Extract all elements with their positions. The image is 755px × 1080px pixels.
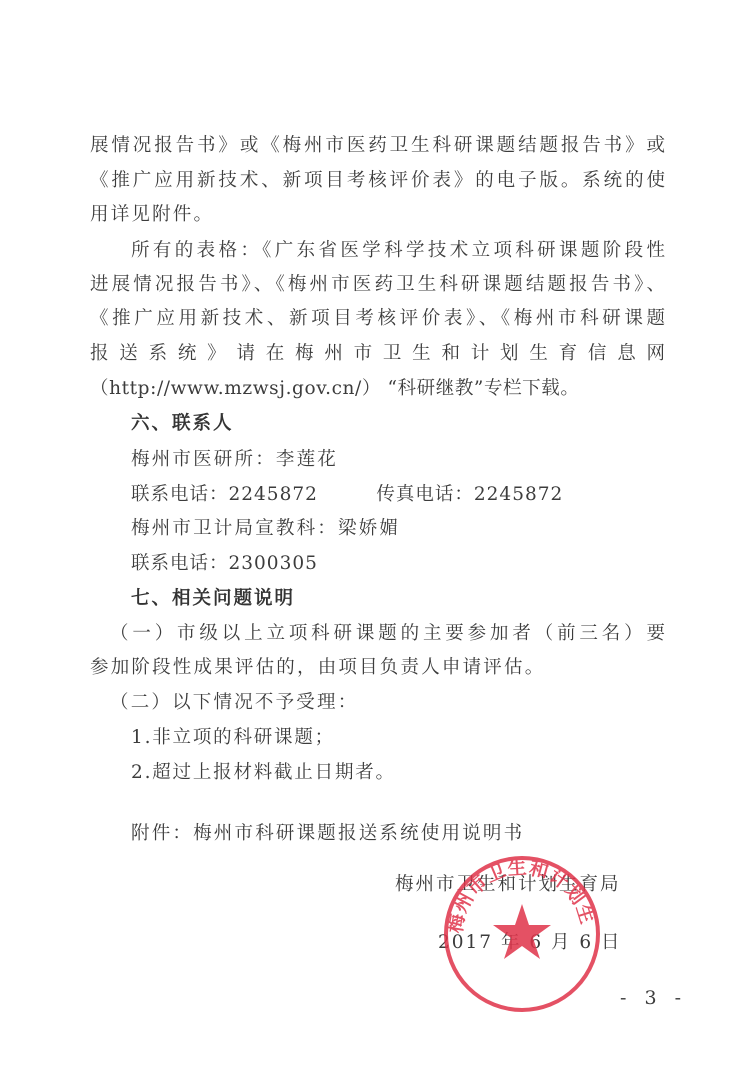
paragraph-line: 报 送 系 统 》 请 在 梅 州 市 卫 生 和 计 划 生 育 信 息 网 [90, 343, 665, 365]
paragraph-line: 进展情况报告书》、《梅州市医药卫生科研课题结题报告书》、 [90, 274, 665, 296]
paragraph-line: 《推广应用新技术、新项目考核评价表》、《梅州市科研课题 [90, 308, 665, 330]
contact-phone-line: 联系电话：2300305 [131, 553, 665, 575]
section-heading-notes: 七、相关问题说明 [131, 588, 665, 610]
contact-phone-line: 联系电话：2245872 传真电话：2245872 [131, 484, 665, 506]
note-list-item: 2.超过上报材料截止日期者。 [131, 762, 665, 784]
note-line: （一）市级以上立项科研课题的主要参加者（前三名）要 [110, 623, 665, 645]
paragraph-line: 《推广应用新技术、新项目考核评价表》的电子版。系统的使 [90, 170, 665, 192]
paragraph-line: 展情况报告书》或《梅州市医药卫生科研课题结题报告书》或 [90, 135, 665, 157]
contact-line: 梅州市卫计局宣教科：梁娇媚 [131, 518, 665, 540]
section-heading-contacts: 六、联系人 [131, 413, 665, 435]
note-line: 参加阶段性成果评估的，由项目负责人申请评估。 [90, 657, 665, 679]
paragraph-line: 所有的表格：《广东省医学科学技术立项科研课题阶段性 [131, 240, 665, 262]
contact-line: 梅州市医研所：李莲花 [131, 449, 665, 471]
page-number: - 3 - [620, 987, 687, 1009]
note-line: （二）以下情况不予受理： [110, 692, 685, 714]
attachment-line: 附件：梅州市科研课题报送系统使用说明书 [131, 823, 665, 845]
official-seal-icon: 梅州市卫生和计划生育局 [440, 852, 604, 1016]
note-list-item: 1.非立项的科研课题； [131, 727, 665, 749]
paragraph-line-with-link: （http://www.mzwsj.gov.cn/） “科研继教”专栏下载。 [90, 378, 665, 400]
paragraph-line: 用详见附件。 [90, 204, 665, 226]
